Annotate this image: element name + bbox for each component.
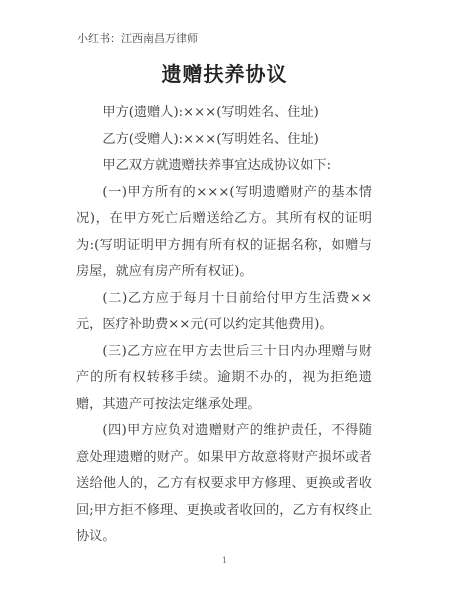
party-a-line: 甲方(遗赠人):×××(写明姓名、住址)	[76, 100, 372, 127]
document-title: 遗赠扶养协议	[0, 58, 449, 87]
intro-paragraph: 甲乙双方就遗赠扶养事宜达成协议如下:	[76, 153, 372, 180]
page-number: 1	[0, 556, 449, 565]
source-header: 小红书：江西南昌万律师	[77, 30, 198, 46]
clause-2: (二)乙方应于每月十日前给付甲方生活费××元，医疗补助费××元(可以约定其他费用…	[76, 286, 372, 339]
clause-4: (四)甲方应负对遗赠财产的维护责任，不得随意处理遗赠的财产。如果甲方故意将财产损…	[76, 418, 372, 551]
party-b-line: 乙方(受赠人):×××(写明姓名、住址)	[76, 127, 372, 154]
document-body: 甲方(遗赠人):×××(写明姓名、住址) 乙方(受赠人):×××(写明姓名、住址…	[76, 100, 372, 551]
clause-3: (三)乙方应在甲方去世后三十日内办理赠与财产的所有权转移手续。逾期不办的，视为拒…	[76, 339, 372, 419]
clause-1: (一)甲方所有的×××(写明遗赠财产的基本情况)，在甲方死亡后赠送给乙方。其所有…	[76, 180, 372, 286]
